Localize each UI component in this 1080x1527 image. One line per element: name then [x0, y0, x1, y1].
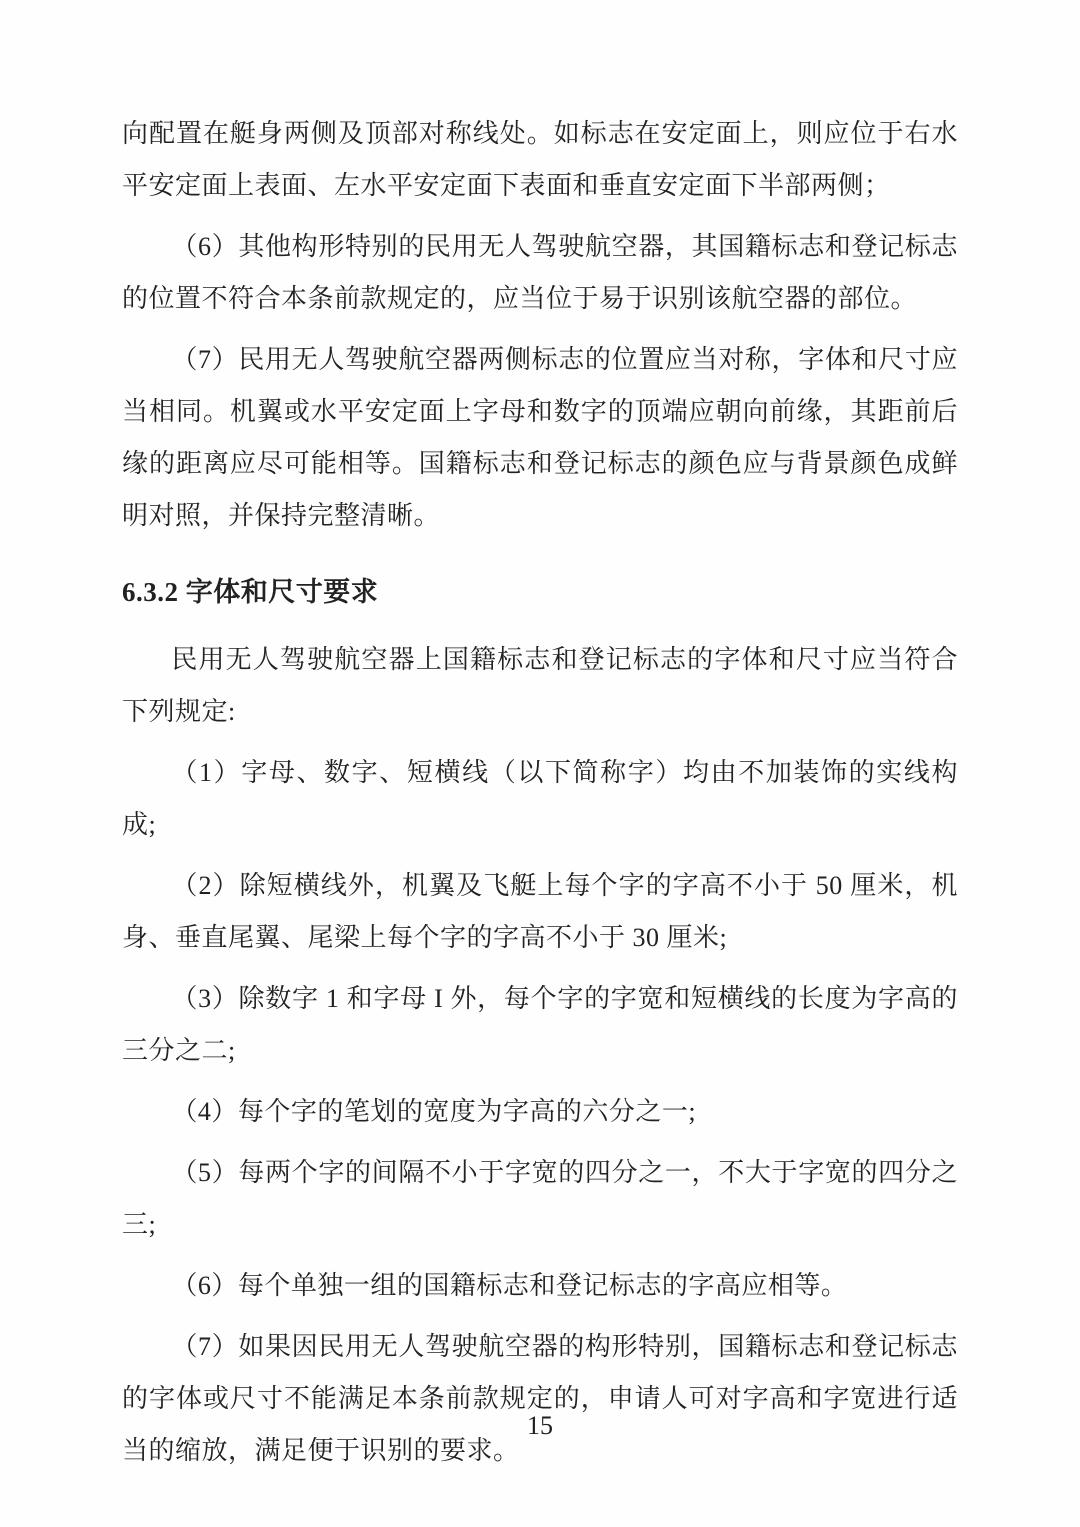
section-intro-paragraph: 民用无人驾驶航空器上国籍标志和登记标志的字体和尺寸应当符合下列规定:: [122, 634, 958, 738]
paragraph-item-7: （7）民用无人驾驶航空器两侧标志的位置应当对称，字体和尺寸应当相同。机翼或水平安…: [122, 334, 958, 542]
page-content: 向配置在艇身两侧及顶部对称线处。如标志在安定面上，则应位于右水平安定面上表面、左…: [122, 108, 958, 1486]
section-item-2: （2）除短横线外，机翼及飞艇上每个字的字高不小于 50 厘米，机身、垂直尾翼、尾…: [122, 860, 958, 964]
document-page: 向配置在艇身两侧及顶部对称线处。如标志在安定面上，则应位于右水平安定面上表面、左…: [0, 0, 1080, 1527]
section-item-6: （6）每个单独一组的国籍标志和登记标志的字高应相等。: [122, 1260, 958, 1312]
section-item-5: （5）每两个字的间隔不小于字宽的四分之一，不大于字宽的四分之三;: [122, 1147, 958, 1251]
section-item-3: （3）除数字 1 和字母 I 外，每个字的字宽和短横线的长度为字高的三分之二;: [122, 973, 958, 1077]
paragraph-item-6: （6）其他构形特别的民用无人驾驶航空器，其国籍标志和登记标志的位置不符合本条前款…: [122, 221, 958, 325]
section-heading-6-3-2: 6.3.2 字体和尺寸要求: [122, 566, 958, 618]
section-item-4: （4）每个字的笔划的宽度为字高的六分之一;: [122, 1086, 958, 1138]
section-item-7: （7）如果因民用无人驾驶航空器的构形特别，国籍标志和登记标志的字体或尺寸不能满足…: [122, 1321, 958, 1477]
paragraph-continuation: 向配置在艇身两侧及顶部对称线处。如标志在安定面上，则应位于右水平安定面上表面、左…: [122, 108, 958, 212]
page-number: 15: [0, 1411, 1080, 1441]
section-item-1: （1）字母、数字、短横线（以下简称字）均由不加装饰的实线构成;: [122, 747, 958, 851]
